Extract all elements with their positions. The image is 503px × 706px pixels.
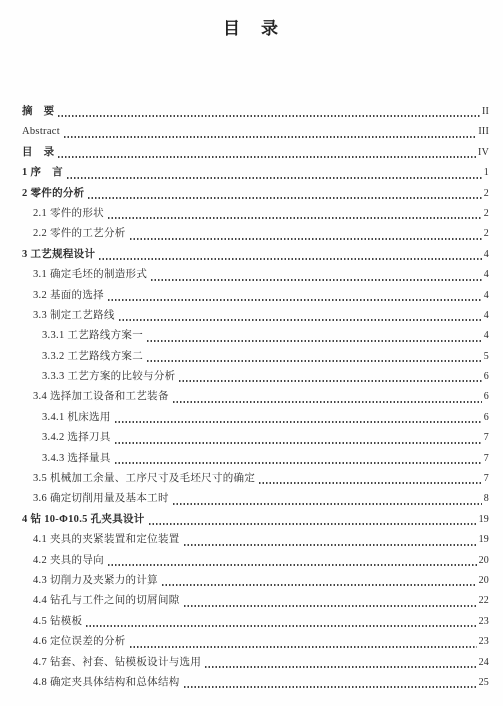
toc-entry[interactable]: 4.7 钻套、衬套、钻模板设计与选用 24 bbox=[0, 653, 503, 673]
toc-leader-dots bbox=[118, 306, 482, 326]
toc-entry[interactable]: 摘 要 II bbox=[0, 102, 503, 122]
toc-entry-label: 4.5 钻模板 bbox=[33, 612, 82, 632]
toc-leader-dots bbox=[148, 510, 477, 530]
toc-entry[interactable]: 3.3.3 工艺方案的比较与分析 6 bbox=[0, 367, 503, 387]
toc-page-number: 19 bbox=[479, 530, 489, 550]
toc-entry-label: 3.4.2 选择刀具 bbox=[42, 428, 111, 448]
toc-entry[interactable]: 3.6 确定切削用量及基本工时 8 bbox=[0, 489, 503, 509]
toc-leader-dots bbox=[183, 530, 477, 550]
toc-entry[interactable]: 4.5 钻模板 23 bbox=[0, 612, 503, 632]
toc-page-number: III bbox=[478, 122, 489, 142]
toc-entry[interactable]: 3.3.2 工艺路线方案二 5 bbox=[0, 347, 503, 367]
toc-leader-dots bbox=[66, 163, 482, 183]
toc-leader-dots bbox=[161, 571, 477, 591]
toc-leader-dots bbox=[146, 347, 482, 367]
toc-leader-dots bbox=[146, 326, 482, 346]
toc-entry-label: 4.4 钻孔与工件之间的切屑间隙 bbox=[33, 591, 180, 611]
toc-entry[interactable]: Abstract III bbox=[0, 122, 503, 142]
toc-page-number: 20 bbox=[479, 551, 489, 571]
toc-page-number: 7 bbox=[484, 428, 489, 448]
document-page: 目 录 摘 要 II Abstract III 目 录 IV 1 序 言 1 2… bbox=[0, 0, 503, 706]
toc-entry[interactable]: 4 钻 10-Φ10.5 孔夹具设计 19 bbox=[0, 510, 503, 530]
toc-entry-label: 3.5 机械加工余量、工序尺寸及毛坯尺寸的确定 bbox=[33, 469, 255, 489]
toc-page-number: 6 bbox=[484, 408, 489, 428]
toc-entry-label: 1 序 言 bbox=[22, 163, 63, 183]
toc-page-number: 6 bbox=[484, 387, 489, 407]
toc-leader-dots bbox=[57, 143, 476, 163]
toc-page-number: 2 bbox=[484, 204, 489, 224]
toc-leader-dots bbox=[114, 428, 482, 448]
toc-entry[interactable]: 3 工艺规程设计 4 bbox=[0, 245, 503, 265]
toc-page-number: 23 bbox=[479, 632, 489, 652]
toc-entry-label: 3.3.2 工艺路线方案二 bbox=[42, 347, 143, 367]
toc-entry[interactable]: 2 零件的分析 2 bbox=[0, 184, 503, 204]
toc-entry[interactable]: 3.4.3 选择量具 7 bbox=[0, 449, 503, 469]
toc-page-number: 7 bbox=[484, 449, 489, 469]
toc-entry-label: Abstract bbox=[22, 122, 60, 142]
toc-leader-dots bbox=[258, 469, 482, 489]
toc-entry-label: 2.2 零件的工艺分析 bbox=[33, 224, 126, 244]
toc-leader-dots bbox=[98, 245, 482, 265]
toc-entry-label: 摘 要 bbox=[22, 102, 54, 122]
toc-entry-label: 4.8 确定夹具体结构和总体结构 bbox=[33, 673, 180, 693]
toc-page-number: 6 bbox=[484, 367, 489, 387]
toc-leader-dots bbox=[107, 551, 477, 571]
toc-entry-label: 2.1 零件的形状 bbox=[33, 204, 104, 224]
toc-entry[interactable]: 目 录 IV bbox=[0, 143, 503, 163]
toc-leader-dots bbox=[107, 204, 482, 224]
toc-entry-label: 4.1 夹具的夹紧装置和定位装置 bbox=[33, 530, 180, 550]
toc-leader-dots bbox=[57, 102, 480, 122]
toc-entry-label: 4.6 定位误差的分析 bbox=[33, 632, 126, 652]
toc-page-number: 4 bbox=[484, 245, 489, 265]
toc-entry-label: 3.3 制定工艺路线 bbox=[33, 306, 115, 326]
toc-entry-label: 2 零件的分析 bbox=[22, 184, 84, 204]
toc-page-number: 24 bbox=[479, 653, 489, 673]
toc-entry-label: 3 工艺规程设计 bbox=[22, 245, 95, 265]
toc-leader-dots bbox=[172, 489, 482, 509]
toc-leader-dots bbox=[150, 265, 482, 285]
toc-entry[interactable]: 3.5 机械加工余量、工序尺寸及毛坯尺寸的确定 7 bbox=[0, 469, 503, 489]
toc-entry-label: 3.2 基面的选择 bbox=[33, 286, 104, 306]
toc-leader-dots bbox=[129, 632, 477, 652]
toc-entry[interactable]: 3.4 选择加工设备和工艺装备 6 bbox=[0, 387, 503, 407]
toc-entry[interactable]: 4.1 夹具的夹紧装置和定位装置 19 bbox=[0, 530, 503, 550]
toc-leader-dots bbox=[183, 591, 477, 611]
toc-leader-dots bbox=[172, 387, 482, 407]
toc-leader-dots bbox=[114, 408, 482, 428]
toc-entry-label: 3.3.1 工艺路线方案一 bbox=[42, 326, 143, 346]
toc-entry[interactable]: 3.2 基面的选择 4 bbox=[0, 286, 503, 306]
toc-leader-dots bbox=[178, 367, 481, 387]
toc-list: 摘 要 II Abstract III 目 录 IV 1 序 言 1 2 零件的… bbox=[0, 102, 503, 693]
toc-entry[interactable]: 1 序 言 1 bbox=[0, 163, 503, 183]
toc-page-number: 25 bbox=[479, 673, 489, 693]
toc-page-number: 22 bbox=[479, 591, 489, 611]
toc-page-number: 4 bbox=[484, 265, 489, 285]
toc-leader-dots bbox=[204, 653, 476, 673]
toc-entry[interactable]: 4.4 钻孔与工件之间的切屑间隙 22 bbox=[0, 591, 503, 611]
toc-leader-dots bbox=[63, 122, 476, 142]
toc-leader-dots bbox=[107, 286, 482, 306]
toc-page-number: 2 bbox=[484, 224, 489, 244]
toc-entry[interactable]: 4.3 切削力及夹紧力的计算 20 bbox=[0, 571, 503, 591]
toc-entry[interactable]: 2.1 零件的形状 2 bbox=[0, 204, 503, 224]
toc-page-number: II bbox=[482, 102, 489, 122]
toc-page-number: 5 bbox=[484, 347, 489, 367]
toc-entry-label: 3.4 选择加工设备和工艺装备 bbox=[33, 387, 169, 407]
toc-page-number: 8 bbox=[484, 489, 489, 509]
toc-page-number: 4 bbox=[484, 326, 489, 346]
toc-entry-label: 3.4.3 选择量具 bbox=[42, 449, 111, 469]
toc-page-number: 1 bbox=[484, 163, 489, 183]
toc-entry[interactable]: 3.3.1 工艺路线方案一 4 bbox=[0, 326, 503, 346]
toc-page-number: 19 bbox=[479, 510, 489, 530]
toc-entry[interactable]: 3.3 制定工艺路线 4 bbox=[0, 306, 503, 326]
toc-page-number: 7 bbox=[484, 469, 489, 489]
toc-entry-label: 3.3.3 工艺方案的比较与分析 bbox=[42, 367, 175, 387]
toc-entry-label: 3.4.1 机床选用 bbox=[42, 408, 111, 428]
toc-entry[interactable]: 4.2 夹具的导向 20 bbox=[0, 551, 503, 571]
toc-page-number: 4 bbox=[484, 286, 489, 306]
toc-entry[interactable]: 4.8 确定夹具体结构和总体结构 25 bbox=[0, 673, 503, 693]
toc-page-number: 23 bbox=[479, 612, 489, 632]
toc-entry-label: 目 录 bbox=[22, 143, 54, 163]
toc-page-number: IV bbox=[478, 143, 489, 163]
toc-entry[interactable]: 3.1 确定毛坯的制造形式 4 bbox=[0, 265, 503, 285]
toc-entry-label: 3.6 确定切削用量及基本工时 bbox=[33, 489, 169, 509]
toc-entry[interactable]: 3.4.1 机床选用 6 bbox=[0, 408, 503, 428]
toc-leader-dots bbox=[87, 184, 481, 204]
toc-entry-label: 4 钻 10-Φ10.5 孔夹具设计 bbox=[22, 510, 145, 530]
toc-entry[interactable]: 2.2 零件的工艺分析 2 bbox=[0, 224, 503, 244]
page-title: 目 录 bbox=[0, 0, 503, 39]
toc-leader-dots bbox=[85, 612, 476, 632]
toc-leader-dots bbox=[183, 673, 477, 693]
toc-entry-label: 4.2 夹具的导向 bbox=[33, 551, 104, 571]
toc-page-number: 4 bbox=[484, 306, 489, 326]
toc-entry-label: 4.3 切削力及夹紧力的计算 bbox=[33, 571, 158, 591]
toc-leader-dots bbox=[129, 224, 482, 244]
toc-entry-label: 3.1 确定毛坯的制造形式 bbox=[33, 265, 147, 285]
toc-page-number: 2 bbox=[484, 184, 489, 204]
toc-leader-dots bbox=[114, 449, 482, 469]
toc-entry-label: 4.7 钻套、衬套、钻模板设计与选用 bbox=[33, 653, 201, 673]
toc-entry[interactable]: 3.4.2 选择刀具 7 bbox=[0, 428, 503, 448]
toc-page-number: 20 bbox=[479, 571, 489, 591]
toc-entry[interactable]: 4.6 定位误差的分析 23 bbox=[0, 632, 503, 652]
